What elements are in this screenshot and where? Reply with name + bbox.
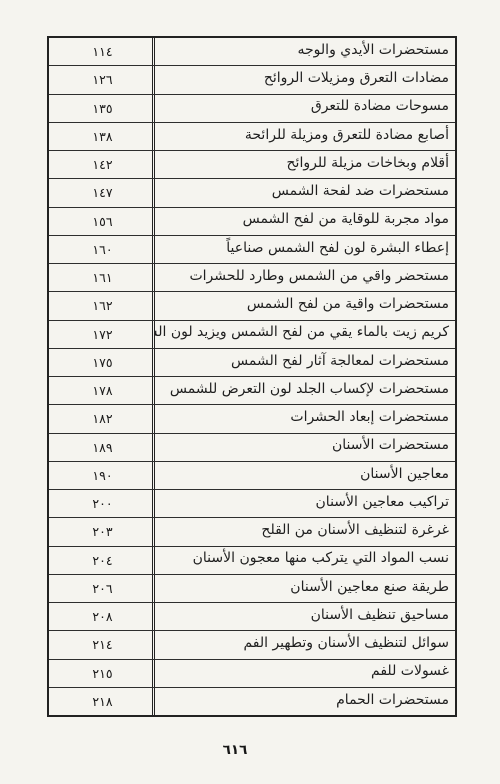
toc-row: ١٦٠ إعطاء البشرة لون لفح الشمس صناعياً — [49, 236, 455, 264]
toc-row: ٢٠٣ غرغرة لتنظيف الأسنان من القلح — [49, 518, 455, 546]
toc-entry-title-cell: مستحضرات لإكساب الجلد لون التعرض للشمس — [155, 377, 455, 404]
toc-page-number-cell: ١٤٧ — [49, 179, 155, 206]
toc-page-number-cell: ١٨٩ — [49, 434, 155, 461]
toc-row: ١٤٢ أقلام وبخاخات مزيلة للروائح — [49, 151, 455, 179]
toc-entry-title-cell: مستحضرات الأسنان — [155, 434, 455, 461]
toc-entry-title-cell: مستحضرات واقية من لفح الشمس — [155, 292, 455, 319]
toc-entry-title-cell: مستحضرات لمعالجة آثار لفح الشمس — [155, 349, 455, 376]
toc-page-number-cell: ١٨٢ — [49, 405, 155, 432]
toc-row: ١٧٢ كريم زيت بالماء يقي من لفح الشمس ويز… — [49, 321, 455, 349]
toc-page-number-cell: ١٧٢ — [49, 321, 155, 348]
toc-row: ١٨٩ مستحضرات الأسنان — [49, 434, 455, 462]
toc-entry-title-cell: سوائل لتنظيف الأسنان وتطهير الفم — [155, 631, 455, 658]
toc-row: ٢١٥ غسولات للفم — [49, 660, 455, 688]
toc-page-number-cell: ١٦٠ — [49, 236, 155, 263]
toc-row: ١٣٥ مسوحات مضادة للتعرق — [49, 95, 455, 123]
toc-entry-title-cell: معاجين الأسنان — [155, 462, 455, 489]
toc-entry-title-cell: مستحضر واقي من الشمس وطارد للحشرات — [155, 264, 455, 291]
toc-row: ١٦١ مستحضر واقي من الشمس وطارد للحشرات — [49, 264, 455, 292]
toc-row: ٢٠٨ مساحيق تنظيف الأسنان — [49, 603, 455, 631]
toc-row: ٢١٤ سوائل لتنظيف الأسنان وتطهير الفم — [49, 631, 455, 659]
toc-row: ١١٤ مستحضرات الأيدي والوجه — [49, 38, 455, 66]
toc-entry-title-cell: كريم زيت بالماء يقي من لفح الشمس ويزيد ل… — [155, 321, 455, 348]
toc-row: ١٤٧ مستحضرات ضد لفحة الشمس — [49, 179, 455, 207]
toc-entry-title-cell: غرغرة لتنظيف الأسنان من القلح — [155, 518, 455, 545]
toc-row: ٢٠٦ طريقة صنع معاجين الأسنان — [49, 575, 455, 603]
toc-page-number-cell: ٢٠٣ — [49, 518, 155, 545]
toc-page-number-cell: ١٢٦ — [49, 66, 155, 93]
toc-entry-title-cell: مضادات التعرق ومزيلات الروائح — [155, 66, 455, 93]
toc-entry-title-cell: مواد مجربة للوقاية من لفح الشمس — [155, 208, 455, 235]
toc-page-number-cell: ١٩٠ — [49, 462, 155, 489]
toc-page-number-cell: ٢١٥ — [49, 660, 155, 687]
toc-entry-title-cell: مستحضرات إبعاد الحشرات — [155, 405, 455, 432]
toc-page-number-cell: ١٣٥ — [49, 95, 155, 122]
toc-entry-title-cell: مساحيق تنظيف الأسنان — [155, 603, 455, 630]
toc-row: ٢٠٠ تراكيب معاجين الأسنان — [49, 490, 455, 518]
toc-entry-title-cell: أقلام وبخاخات مزيلة للروائح — [155, 151, 455, 178]
toc-entry-title-cell: مستحضرات ضد لفحة الشمس — [155, 179, 455, 206]
toc-page-number-cell: ١١٤ — [49, 38, 155, 65]
toc-entry-title-cell: مستحضرات الحمام — [155, 688, 455, 715]
toc-table: ١١٤ مستحضرات الأيدي والوجه ١٢٦ مضادات ال… — [47, 36, 457, 717]
toc-row: ١٥٦ مواد مجربة للوقاية من لفح الشمس — [49, 208, 455, 236]
toc-entry-title-cell: أصابع مضادة للتعرق ومزيلة للرائحة — [155, 123, 455, 150]
toc-page-number-cell: ١٤٢ — [49, 151, 155, 178]
toc-page-number-cell: ٢٠٨ — [49, 603, 155, 630]
toc-page-number-cell: ٢١٤ — [49, 631, 155, 658]
toc-entry-title-cell: إعطاء البشرة لون لفح الشمس صناعياً — [155, 236, 455, 263]
toc-entry-title-cell: طريقة صنع معاجين الأسنان — [155, 575, 455, 602]
toc-row: ٢١٨ مستحضرات الحمام — [49, 688, 455, 715]
book-page: ١١٤ مستحضرات الأيدي والوجه ١٢٦ مضادات ال… — [0, 0, 500, 784]
toc-page-number-cell: ١٥٦ — [49, 208, 155, 235]
toc-row: ١٧٥ مستحضرات لمعالجة آثار لفح الشمس — [49, 349, 455, 377]
toc-row: ١٨٢ مستحضرات إبعاد الحشرات — [49, 405, 455, 433]
toc-row: ١٣٨ أصابع مضادة للتعرق ومزيلة للرائحة — [49, 123, 455, 151]
toc-row: ١٩٠ معاجين الأسنان — [49, 462, 455, 490]
toc-page-number-cell: ١٦٢ — [49, 292, 155, 319]
toc-row: ١٧٨ مستحضرات لإكساب الجلد لون التعرض للش… — [49, 377, 455, 405]
toc-entry-title-cell: مسوحات مضادة للتعرق — [155, 95, 455, 122]
toc-page-number-cell: ٢٠٤ — [49, 547, 155, 574]
toc-row: ١٢٦ مضادات التعرق ومزيلات الروائح — [49, 66, 455, 94]
page-number: ٦١٦ — [47, 742, 423, 758]
toc-entry-title-cell: نسب المواد التي يتركب منها معجون الأسنان — [155, 547, 455, 574]
toc-page-number-cell: ٢٠٠ — [49, 490, 155, 517]
toc-page-number-cell: ١٣٨ — [49, 123, 155, 150]
toc-page-number-cell: ٢٠٦ — [49, 575, 155, 602]
toc-page-number-cell: ١٧٨ — [49, 377, 155, 404]
toc-page-number-cell: ١٦١ — [49, 264, 155, 291]
toc-row: ٢٠٤ نسب المواد التي يتركب منها معجون الأ… — [49, 547, 455, 575]
toc-entry-title-cell: تراكيب معاجين الأسنان — [155, 490, 455, 517]
toc-entry-title-cell: غسولات للفم — [155, 660, 455, 687]
toc-page-number-cell: ١٧٥ — [49, 349, 155, 376]
toc-page-number-cell: ٢١٨ — [49, 688, 155, 715]
toc-entry-title-cell: مستحضرات الأيدي والوجه — [155, 38, 455, 65]
toc-row: ١٦٢ مستحضرات واقية من لفح الشمس — [49, 292, 455, 320]
